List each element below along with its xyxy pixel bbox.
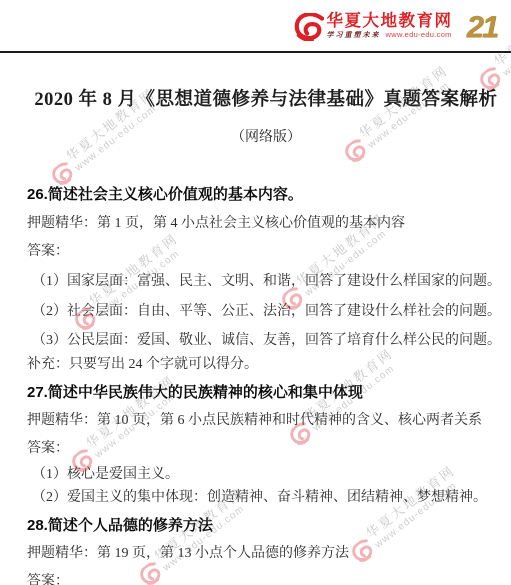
answer-line: （2）爱国主义的集中体现：创造精神、奋斗精神、团结精神、梦想精神。: [27, 489, 505, 507]
brand-tagline: 学习重塑未来: [327, 32, 381, 39]
page-header: 华夏大地教育网 学习重塑未来 www.edu-edu.com 21: [0, 0, 511, 53]
badge-21: 21: [467, 11, 497, 42]
answer-line: （2）社会层面：自由、平等、公正、法治，回答了建设什么样社会的问题。: [27, 303, 505, 321]
answer-label: 答案：: [27, 243, 505, 261]
question-hint: 押题精华：第 19 页，第 13 小点个人品德的修养方法: [27, 545, 505, 563]
question-hint: 押题精华：第 1 页，第 4 小点社会主义核心价值观的基本内容: [27, 215, 505, 233]
document-subtitle: （网络版）: [27, 126, 505, 146]
document-body: 2020 年 8 月《思想道德修养与法律基础》真题答案解析 （网络版） 26.简…: [0, 53, 511, 585]
question-heading: 28.简述个人品德的修养方法: [27, 517, 505, 535]
document-page: 华夏大地教育网www.edu-edu.com 华夏大地教育网www.edu-ed…: [0, 0, 511, 585]
answer-label: 答案：: [27, 573, 505, 585]
answer-line: （1）国家层面：富强、民主、文明、和谐，回答了建设什么样国家的问题。: [27, 273, 505, 291]
question-26: 26.简述社会主义核心价值观的基本内容。 押题精华：第 1 页，第 4 小点社会…: [27, 186, 505, 374]
answer-note: 补充：只要写出 24 个字就可以得分。: [27, 356, 505, 374]
question-28: 28.简述个人品德的修养方法 押题精华：第 19 页，第 13 小点个人品德的修…: [27, 517, 505, 585]
answer-line: （1）核心是爱国主义。: [27, 466, 505, 484]
brand-url: www.edu-edu.com: [386, 31, 452, 39]
question-heading: 27.简述中华民族伟大的民族精神的核心和集中体现: [27, 384, 505, 402]
answer-label: 答案：: [27, 440, 505, 458]
brand-logo: 华夏大地教育网 学习重塑未来 www.edu-edu.com: [294, 13, 453, 41]
document-title: 2020 年 8 月《思想道德修养与法律基础》真题答案解析: [27, 85, 505, 111]
brand-name: 华夏大地教育网: [327, 13, 453, 30]
question-27: 27.简述中华民族伟大的民族精神的核心和集中体现 押题精华：第 10 页，第 6…: [27, 384, 505, 507]
answer-line: （3）公民层面：爱国、敬业、诚信、友善，回答了培育什么样公民的问题。: [27, 332, 505, 350]
brand-swirl-icon: [294, 13, 324, 41]
question-hint: 押题精华：第 10 页，第 6 小点民族精神和时代精神的含义、核心两者关系: [27, 412, 505, 430]
question-heading: 26.简述社会主义核心价值观的基本内容。: [27, 186, 505, 204]
